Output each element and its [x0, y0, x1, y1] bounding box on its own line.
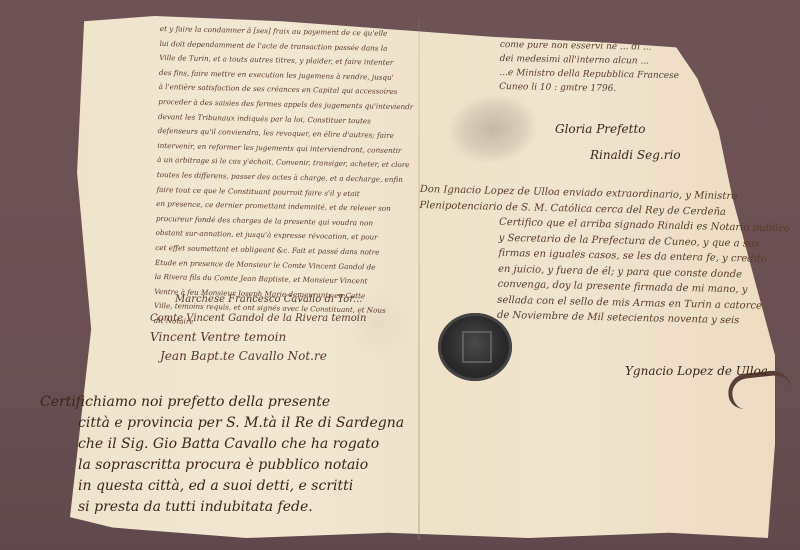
text-line: che il Sig. Gio Batta Cavallo che ha rog…: [40, 434, 420, 455]
text-line: la soprascritta procura è pubblico notai…: [40, 455, 420, 476]
signature-rinaldi: Rinaldi Seg.rio: [590, 148, 681, 162]
signature-marchese: Marchese Francesco Cavallo di Tor...: [150, 290, 420, 309]
signature-gloria: Gloria Prefetto: [555, 122, 646, 136]
signature-gandol: Comte Vincent Gandol de la Rivera temoin: [150, 309, 420, 328]
prefecture-note: come pure non esservi né ... di ... dei …: [499, 38, 760, 99]
text-line: in questa città, ed a suoi detti, e scri…: [40, 476, 420, 497]
spanish-certification-text: Don Ignacio Lopez de Ulloa enviado extra…: [417, 182, 790, 330]
signature-lopez-de-ulloa: Ygnacio Lopez de Ulloa: [625, 364, 768, 378]
italian-certification-text: Certifichiamo noi prefetto della present…: [40, 392, 420, 518]
text-line: città e provincia per S. M.tà il Re di S…: [40, 413, 420, 434]
text-line: si presta da tutti indubitata fede.: [40, 497, 420, 518]
signature-ventre: Vincent Ventre temoin: [150, 328, 420, 347]
signature-cavallo: Jean Bapt.te Cavallo Not.re: [150, 347, 420, 366]
text-line: Certifichiamo noi prefetto della present…: [40, 392, 420, 413]
french-procuration-text: et y faire la condamner â [ses] fraix au…: [154, 22, 415, 334]
embossed-paper-seal-icon: [446, 90, 540, 167]
witness-signatures: Marchese Francesco Cavallo di Tor... Com…: [150, 290, 420, 366]
